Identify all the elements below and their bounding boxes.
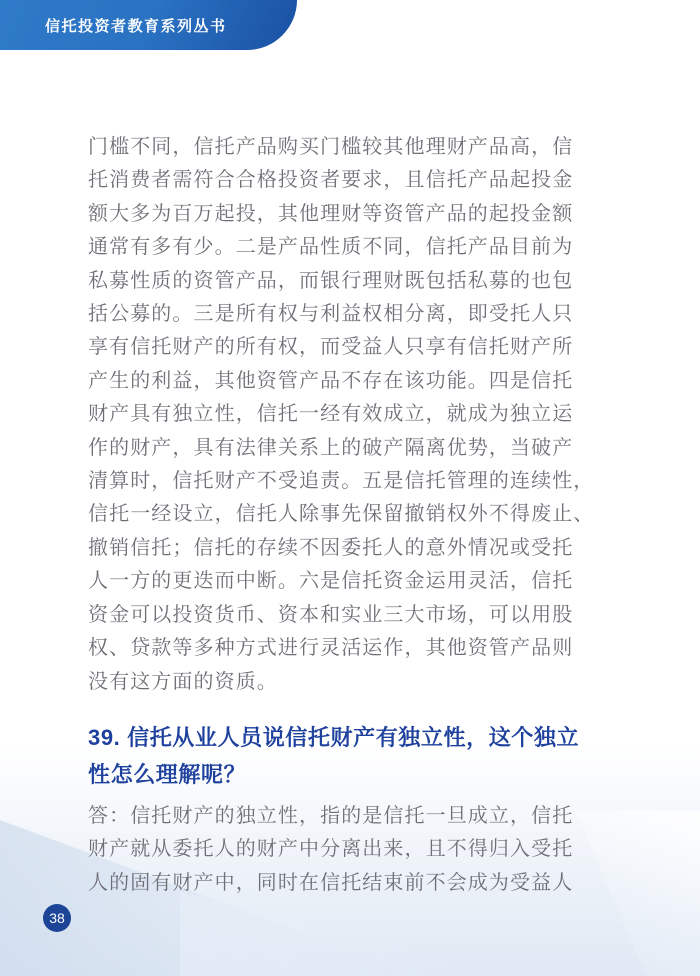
text-line: 人一方的更迭而中断。六是信托资金运用灵活，信托 bbox=[88, 565, 604, 598]
text-line: 资金可以投资货币、资本和实业三大市场，可以用股 bbox=[88, 599, 604, 632]
text-line: 额大多为百万起投，其他理财等资管产品的起投金额 bbox=[88, 198, 604, 231]
series-title: 信托投资者教育系列丛书 bbox=[45, 15, 227, 36]
question-heading: 39. 信托从业人员说信托财产有独立性，这个独立性怎么理解呢？ bbox=[88, 719, 604, 794]
text-line: 没有这方面的资质。 bbox=[88, 666, 604, 699]
text-line: 性怎么理解呢？ bbox=[88, 756, 604, 794]
text-line: 作的财产，具有法律关系上的破产隔离优势，当破产 bbox=[88, 432, 604, 465]
text-line: 人的固有财产中，同时在信托结束前不会成为受益人 bbox=[88, 867, 604, 900]
text-line: 清算时，信托财产不受追责。五是信托管理的连续性， bbox=[88, 465, 604, 498]
text-line: 享有信托财产的所有权，而受益人只享有信托财产所 bbox=[88, 331, 604, 364]
text-line: 权、贷款等多种方式进行灵活运作，其他资管产品则 bbox=[88, 632, 604, 665]
text-line: 私募性质的资管产品，而银行理财既包括私募的也包 bbox=[88, 265, 604, 298]
text-line: 产生的利益，其他资管产品不存在该功能。四是信托 bbox=[88, 365, 604, 398]
answer-paragraph: 答：信托财产的独立性，指的是信托一旦成立，信托财产就从委托人的财产中分离出来，且… bbox=[88, 800, 604, 900]
text-line: 信托一经设立，信托人除事先保留撤销权外不得废止、 bbox=[88, 498, 604, 531]
text-line: 财产具有独立性，信托一经有效成立，就成为独立运 bbox=[88, 398, 604, 431]
body-paragraph: 门槛不同，信托产品购买门槛较其他理财产品高，信托消费者需符合合格投资者要求，且信… bbox=[88, 131, 604, 699]
text-line: 答：信托财产的独立性，指的是信托一旦成立，信托 bbox=[88, 800, 604, 833]
text-line: 撤销信托；信托的存续不因委托人的意外情况或受托 bbox=[88, 532, 604, 565]
page-number: 38 bbox=[49, 910, 65, 926]
text-line: 括公募的。三是所有权与利益权相分离，即受托人只 bbox=[88, 298, 604, 331]
text-line: 门槛不同，信托产品购买门槛较其他理财产品高，信 bbox=[88, 131, 604, 164]
header-banner: 信托投资者教育系列丛书 bbox=[0, 0, 297, 50]
page-content: 门槛不同，信托产品购买门槛较其他理财产品高，信托消费者需符合合格投资者要求，且信… bbox=[88, 131, 604, 900]
text-line: 通常有多有少。二是产品性质不同，信托产品目前为 bbox=[88, 231, 604, 264]
text-line: 财产就从委托人的财产中分离出来，且不得归入受托 bbox=[88, 833, 604, 866]
page-number-badge: 38 bbox=[43, 904, 71, 932]
text-line: 39. 信托从业人员说信托财产有独立性，这个独立 bbox=[88, 719, 604, 757]
text-line: 托消费者需符合合格投资者要求，且信托产品起投金 bbox=[88, 164, 604, 197]
